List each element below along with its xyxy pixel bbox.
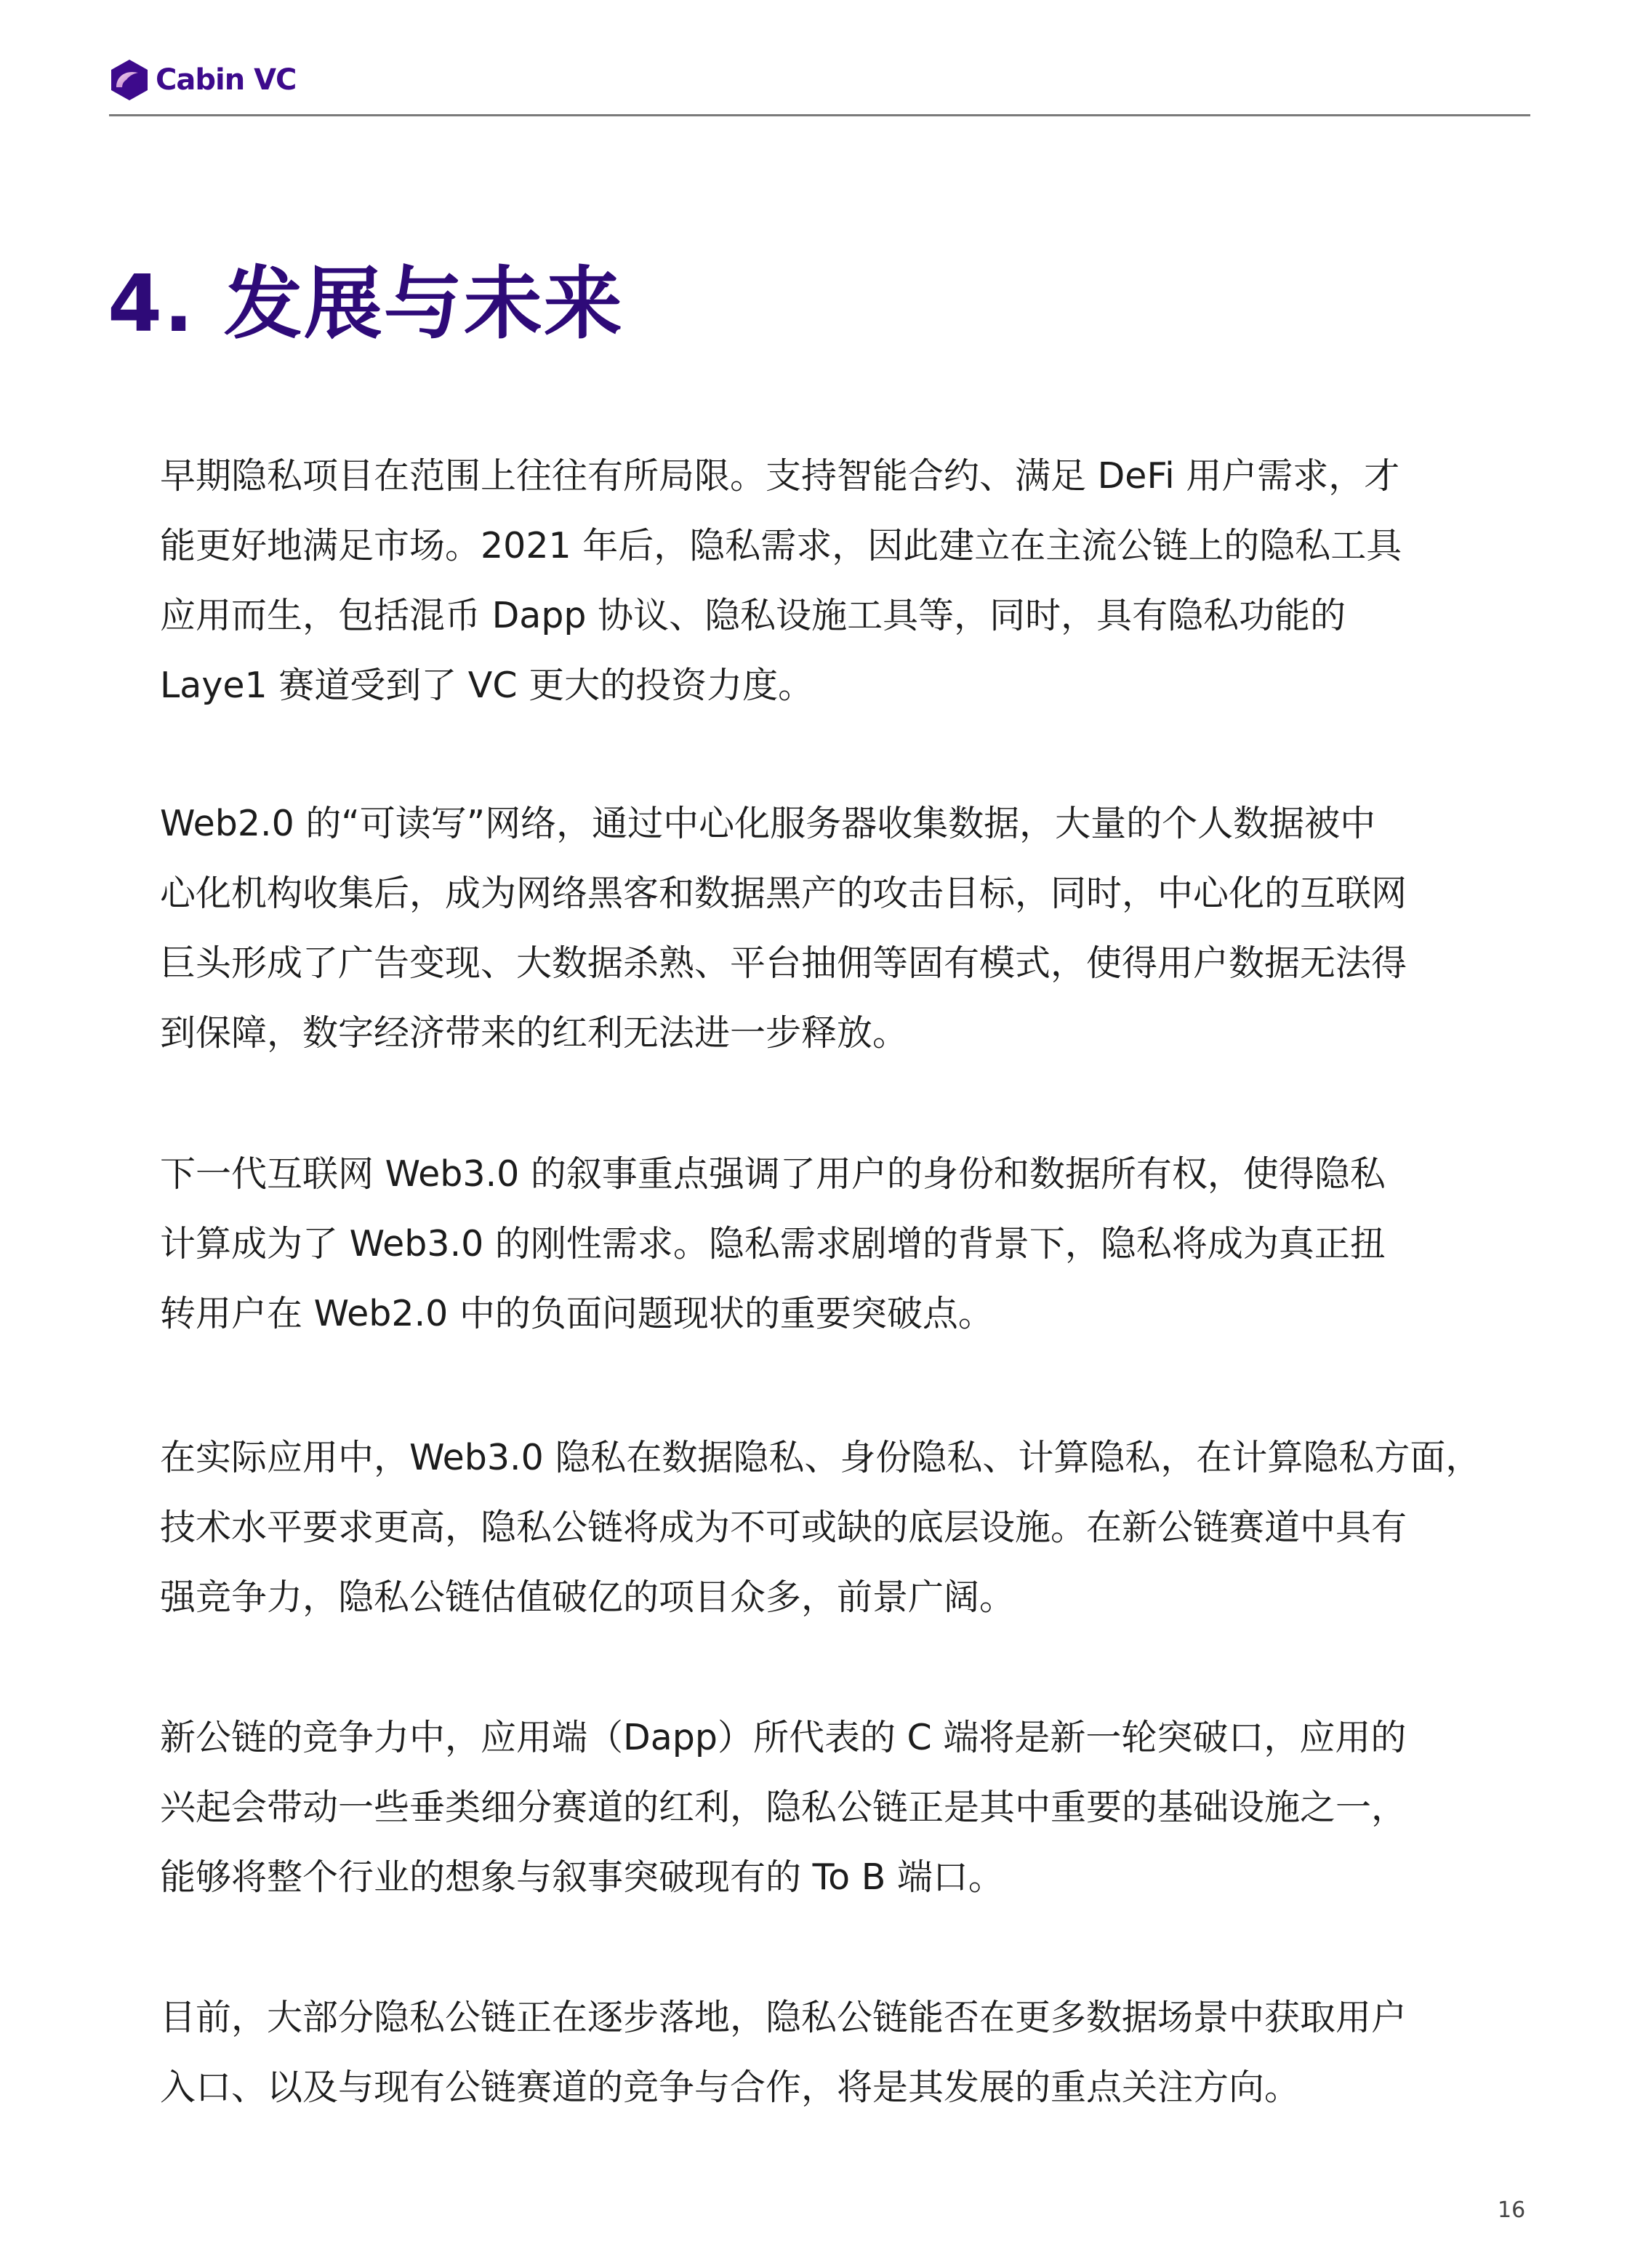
- page-header: Cabin VC: [109, 51, 296, 109]
- text-line: 兴起会带动一些垂类细分赛道的红利，隐私公链正是其中重要的基础设施之一，: [160, 1773, 1490, 1843]
- text-line: 入口、以及与现有公链赛道的竞争与合作，将是其发展的重点关注方向。: [160, 2053, 1490, 2123]
- brand-name: Cabin VC: [156, 63, 296, 97]
- cabin-hexagon-logo-icon: [109, 58, 150, 102]
- text-line: 目前，大部分隐私公链正在逐步落地，隐私公链能否在更多数据场景中获取用户: [160, 1983, 1490, 2053]
- paragraph-1: 早期隐私项目在范围上往往有所局限。支持智能合约、满足 DeFi 用户需求，才 能…: [160, 441, 1490, 721]
- paragraph-3: 下一代互联网 Web3.0 的叙事重点强调了用户的身份和数据所有权，使得隐私 计…: [160, 1139, 1490, 1349]
- text-line: 强竞争力，隐私公链估值破亿的项目众多，前景广阔。: [160, 1563, 1490, 1632]
- text-line: 早期隐私项目在范围上往往有所局限。支持智能合约、满足 DeFi 用户需求，才: [160, 441, 1490, 511]
- text-line: 能更好地满足市场。2021 年后，隐私需求，因此建立在主流公链上的隐私工具: [160, 511, 1490, 581]
- text-line: Web2.0 的“可读写”网络，通过中心化服务器收集数据，大量的个人数据被中: [160, 789, 1490, 859]
- paragraph-6: 目前，大部分隐私公链正在逐步落地，隐私公链能否在更多数据场景中获取用户 入口、以…: [160, 1983, 1490, 2123]
- text-line: 在实际应用中，Web3.0 隐私在数据隐私、身份隐私、计算隐私，在计算隐私方面，: [160, 1423, 1490, 1493]
- section-title: 4. 发展与未来: [108, 265, 624, 344]
- paragraph-5: 新公链的竞争力中，应用端（Dapp）所代表的 C 端将是新一轮突破口，应用的 兴…: [160, 1703, 1490, 1912]
- header-divider: [109, 114, 1530, 116]
- text-line: 新公链的竞争力中，应用端（Dapp）所代表的 C 端将是新一轮突破口，应用的: [160, 1703, 1490, 1773]
- text-line: 应用而生，包括混币 Dapp 协议、隐私设施工具等，同时，具有隐私功能的: [160, 581, 1490, 651]
- text-line: 巨头形成了广告变现、大数据杀熟、平台抽佣等固有模式，使得用户数据无法得: [160, 929, 1490, 998]
- page-number: 16: [1498, 2197, 1525, 2223]
- text-line: 技术水平要求更高，隐私公链将成为不可或缺的底层设施。在新公链赛道中具有: [160, 1493, 1490, 1563]
- text-line: 心化机构收集后，成为网络黑客和数据黑产的攻击目标，同时，中心化的互联网: [160, 859, 1490, 929]
- text-line: 下一代互联网 Web3.0 的叙事重点强调了用户的身份和数据所有权，使得隐私: [160, 1139, 1490, 1209]
- text-line: 能够将整个行业的想象与叙事突破现有的 To B 端口。: [160, 1843, 1490, 1912]
- paragraph-2: Web2.0 的“可读写”网络，通过中心化服务器收集数据，大量的个人数据被中 心…: [160, 789, 1490, 1068]
- paragraph-4: 在实际应用中，Web3.0 隐私在数据隐私、身份隐私、计算隐私，在计算隐私方面，…: [160, 1423, 1490, 1632]
- text-line: Laye1 赛道受到了 VC 更大的投资力度。: [160, 651, 1490, 721]
- text-line: 计算成为了 Web3.0 的刚性需求。隐私需求剧增的背景下，隐私将成为真正扭: [160, 1209, 1490, 1279]
- text-line: 转用户在 Web2.0 中的负面问题现状的重要突破点。: [160, 1279, 1490, 1349]
- text-line: 到保障，数字经济带来的红利无法进一步释放。: [160, 998, 1490, 1068]
